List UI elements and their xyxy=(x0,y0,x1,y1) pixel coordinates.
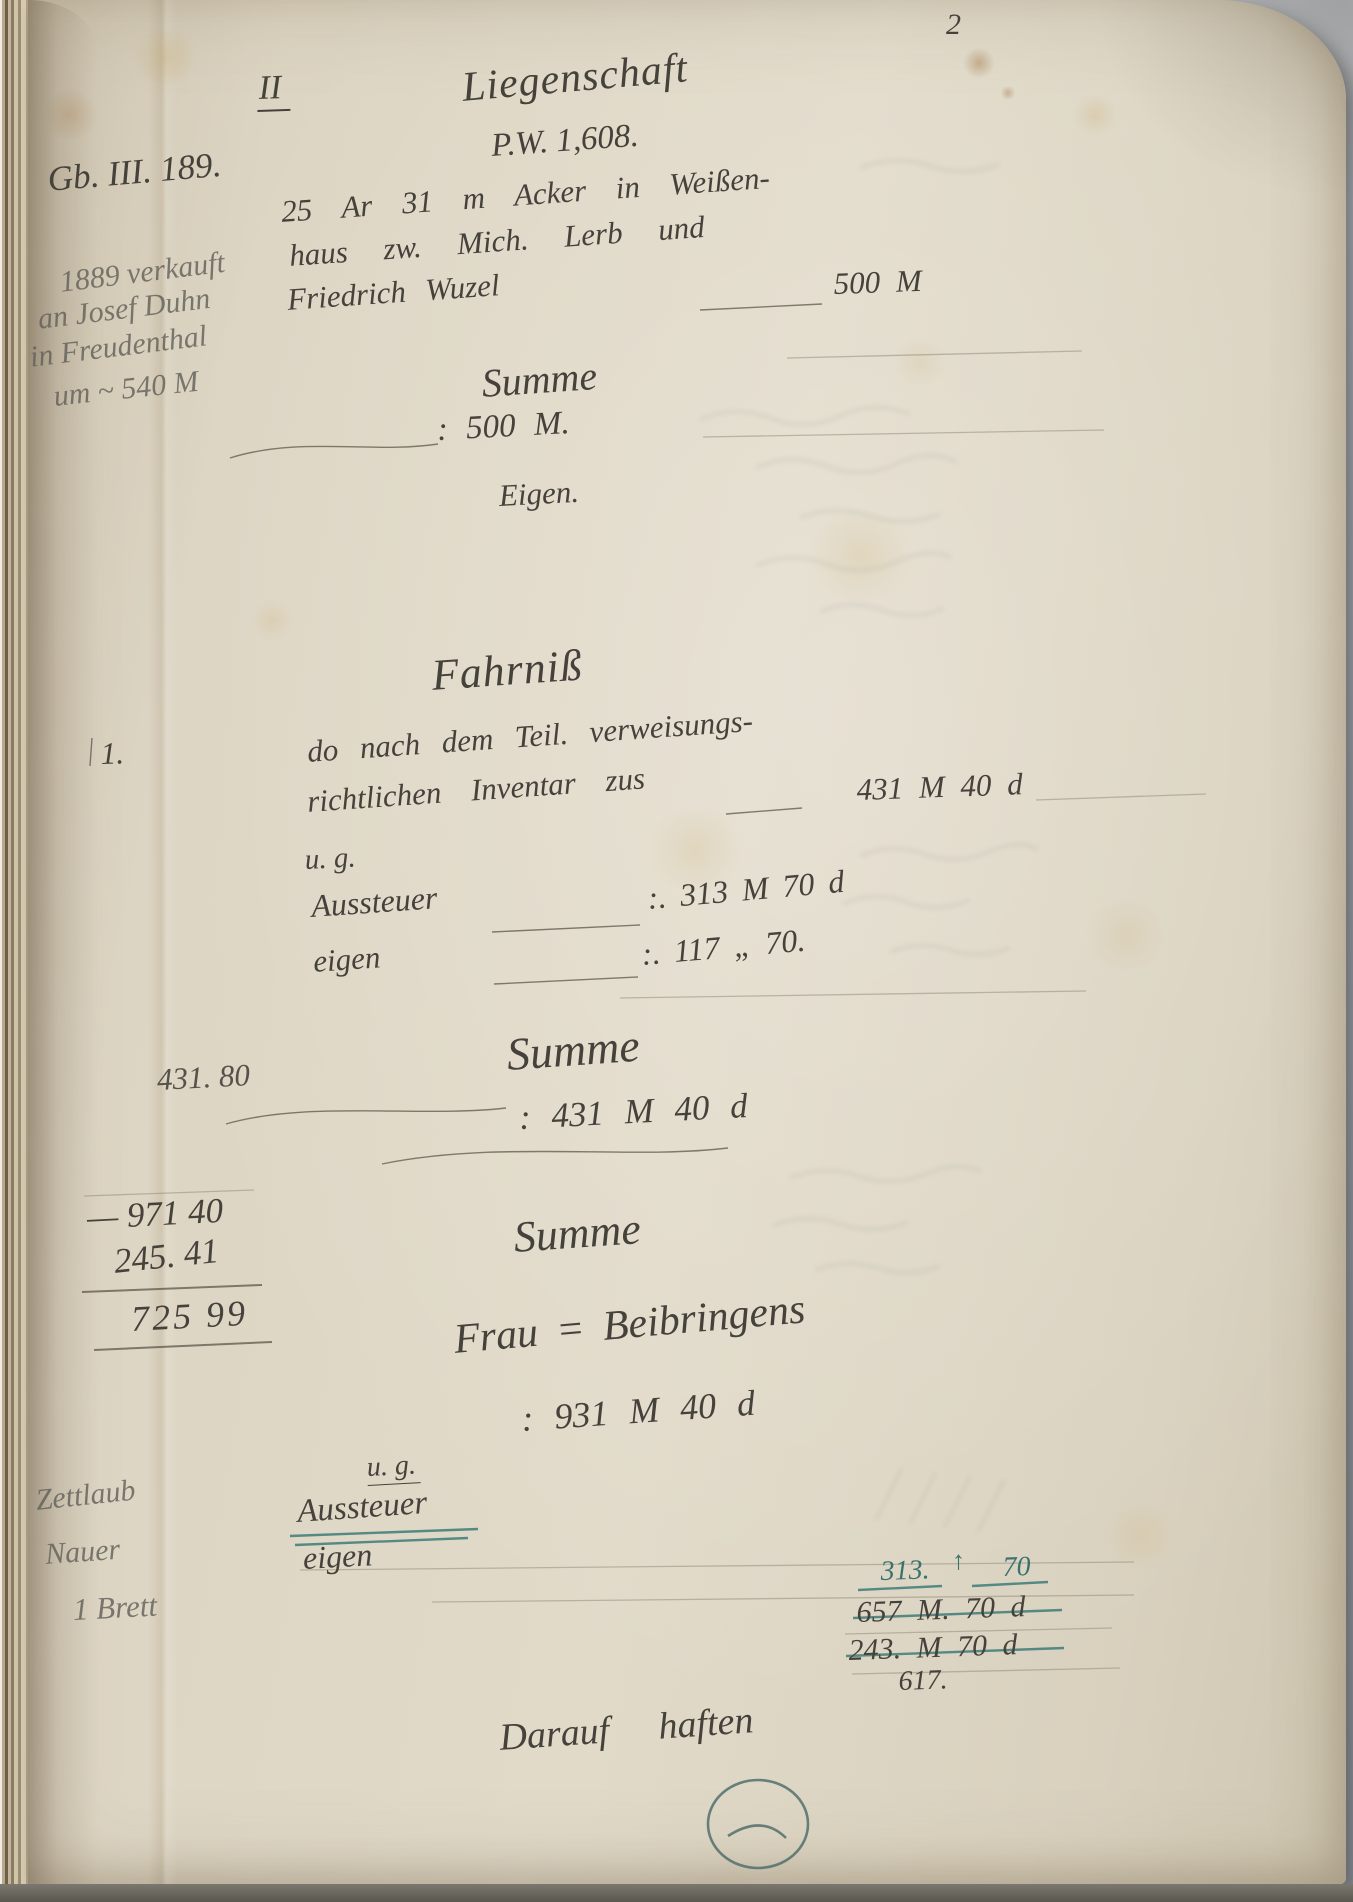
summe-heading: Summe xyxy=(505,1019,641,1081)
stain xyxy=(1000,86,1016,100)
summe-heading: Summe xyxy=(512,1203,642,1263)
struck-amount: 243. M 70 d xyxy=(848,1628,1018,1668)
amount-value: 500 M xyxy=(833,263,922,302)
stain xyxy=(800,510,920,600)
section-numeral: II xyxy=(256,69,290,112)
stain xyxy=(1070,95,1120,135)
eigen-label: eigen xyxy=(312,939,381,980)
abbreviation-ug: u. g. xyxy=(304,841,356,877)
correction-number: 617. xyxy=(898,1664,948,1698)
stain xyxy=(40,90,100,140)
correction-number: 70 xyxy=(1002,1551,1031,1584)
struck-amount: 657 M. 70 d xyxy=(856,1590,1026,1630)
photo-of-ledger-page: 2 II Liegenschaft P.W. 1,608. Gb. III. 1… xyxy=(0,0,1353,1902)
abbreviation-ug: u. g. xyxy=(366,1449,421,1486)
page-number: 2 xyxy=(946,8,961,42)
bottom-pencil-note-line: Nauer xyxy=(44,1533,121,1572)
stain xyxy=(1080,900,1170,970)
page-corner-shadow xyxy=(1093,0,1353,200)
eigen-label: eigen xyxy=(302,1536,373,1577)
table-edge-shadow xyxy=(0,1884,1353,1902)
stain xyxy=(130,30,200,85)
item-number: 1. xyxy=(100,735,124,772)
stain xyxy=(890,340,950,385)
stain xyxy=(962,48,996,78)
margin-calculation: 431. 80 xyxy=(156,1057,251,1098)
stain xyxy=(1100,1500,1180,1570)
fahrniss-heading: Fahrniß xyxy=(430,639,584,700)
summe-value: : 500 M. xyxy=(436,405,570,449)
ownership-note: Eigen. xyxy=(498,474,580,514)
caret-insert-mark: ↑ xyxy=(952,1546,965,1576)
amount-value: 431 M 40 d xyxy=(856,766,1023,808)
summe-heading: Summe xyxy=(480,352,599,407)
bottom-pencil-note-line: 1 Brett xyxy=(72,1588,158,1628)
margin-calculation: — 971 40 xyxy=(86,1191,224,1238)
margin-calculation-result: 725 99 xyxy=(130,1292,249,1340)
correction-number: 313. xyxy=(880,1554,930,1588)
stain xyxy=(250,600,295,640)
